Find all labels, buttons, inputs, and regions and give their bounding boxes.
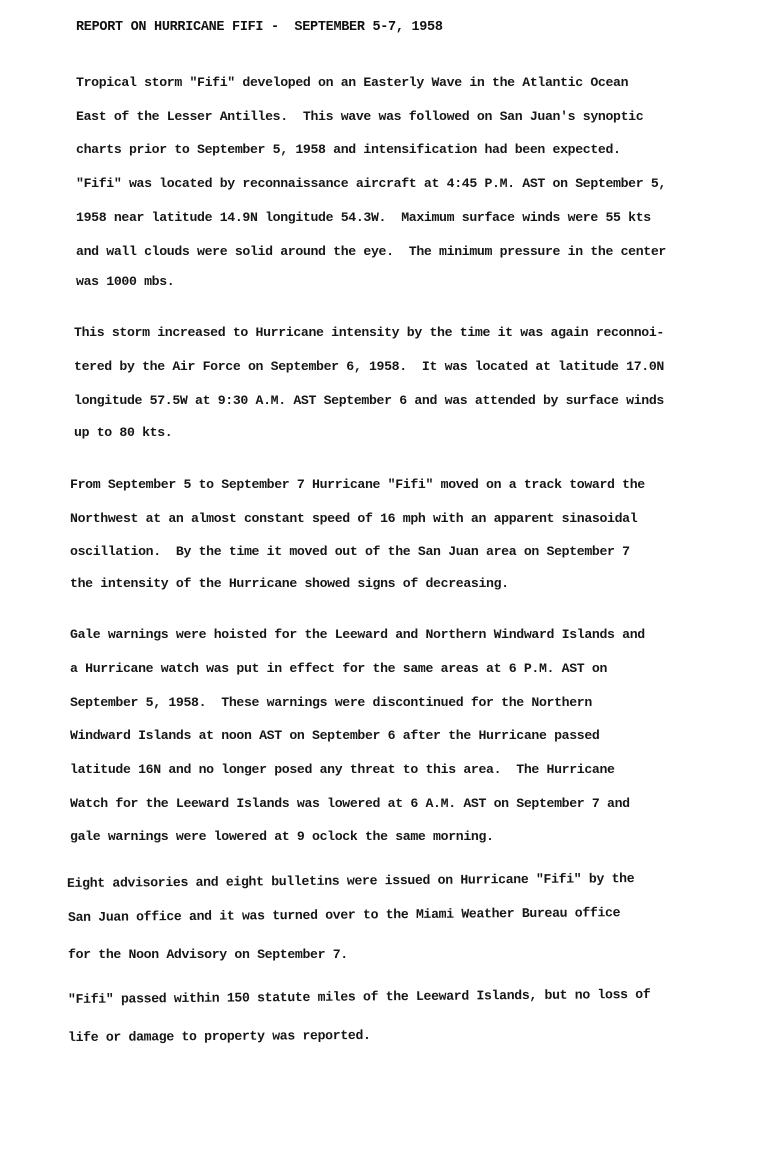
text-line: the intensity of the Hurricane showed si…: [70, 576, 509, 591]
text-line: San Juan office and it was turned over t…: [68, 905, 620, 925]
text-line: latitude 16N and no longer posed any thr…: [70, 762, 615, 777]
text-line: Northwest at an almost constant speed of…: [70, 511, 637, 526]
text-line: up to 80 kts.: [74, 425, 172, 440]
text-line: 1958 near latitude 14.9N longitude 54.3W…: [76, 210, 651, 225]
text-line: East of the Lesser Antilles. This wave w…: [76, 109, 643, 124]
text-line: This storm increased to Hurricane intens…: [74, 325, 664, 340]
text-line: Watch for the Leeward Islands was lowere…: [70, 796, 630, 811]
text-line: longitude 57.5W at 9:30 A.M. AST Septemb…: [74, 393, 664, 408]
text-line: tered by the Air Force on September 6, 1…: [74, 359, 664, 374]
text-line: and wall clouds were solid around the ey…: [76, 244, 666, 259]
report-title: REPORT ON HURRICANE FIFI - SEPTEMBER 5-7…: [76, 20, 443, 35]
text-line: was 1000 mbs.: [76, 274, 174, 289]
text-line: "Fifi" passed within 150 statute miles o…: [68, 987, 651, 1007]
text-line: Windward Islands at noon AST on Septembe…: [70, 728, 599, 743]
text-line: From September 5 to September 7 Hurrican…: [70, 477, 645, 492]
text-line: oscillation. By the time it moved out of…: [70, 544, 630, 559]
document-page: REPORT ON HURRICANE FIFI - SEPTEMBER 5-7…: [0, 0, 772, 1165]
text-line: "Fifi" was located by reconnaissance air…: [76, 176, 666, 191]
text-line: for the Noon Advisory on September 7.: [68, 947, 348, 962]
text-line: gale warnings were lowered at 9 oclock t…: [70, 829, 494, 844]
text-line: Eight advisories and eight bulletins wer…: [67, 871, 634, 891]
text-line: a Hurricane watch was put in effect for …: [70, 661, 607, 676]
text-line: charts prior to September 5, 1958 and in…: [76, 142, 621, 157]
text-line: Gale warnings were hoisted for the Leewa…: [70, 627, 645, 642]
text-line: life or damage to property was reported.: [68, 1028, 371, 1045]
text-line: September 5, 1958. These warnings were d…: [70, 695, 592, 710]
text-line: Tropical storm "Fifi" developed on an Ea…: [76, 75, 628, 90]
